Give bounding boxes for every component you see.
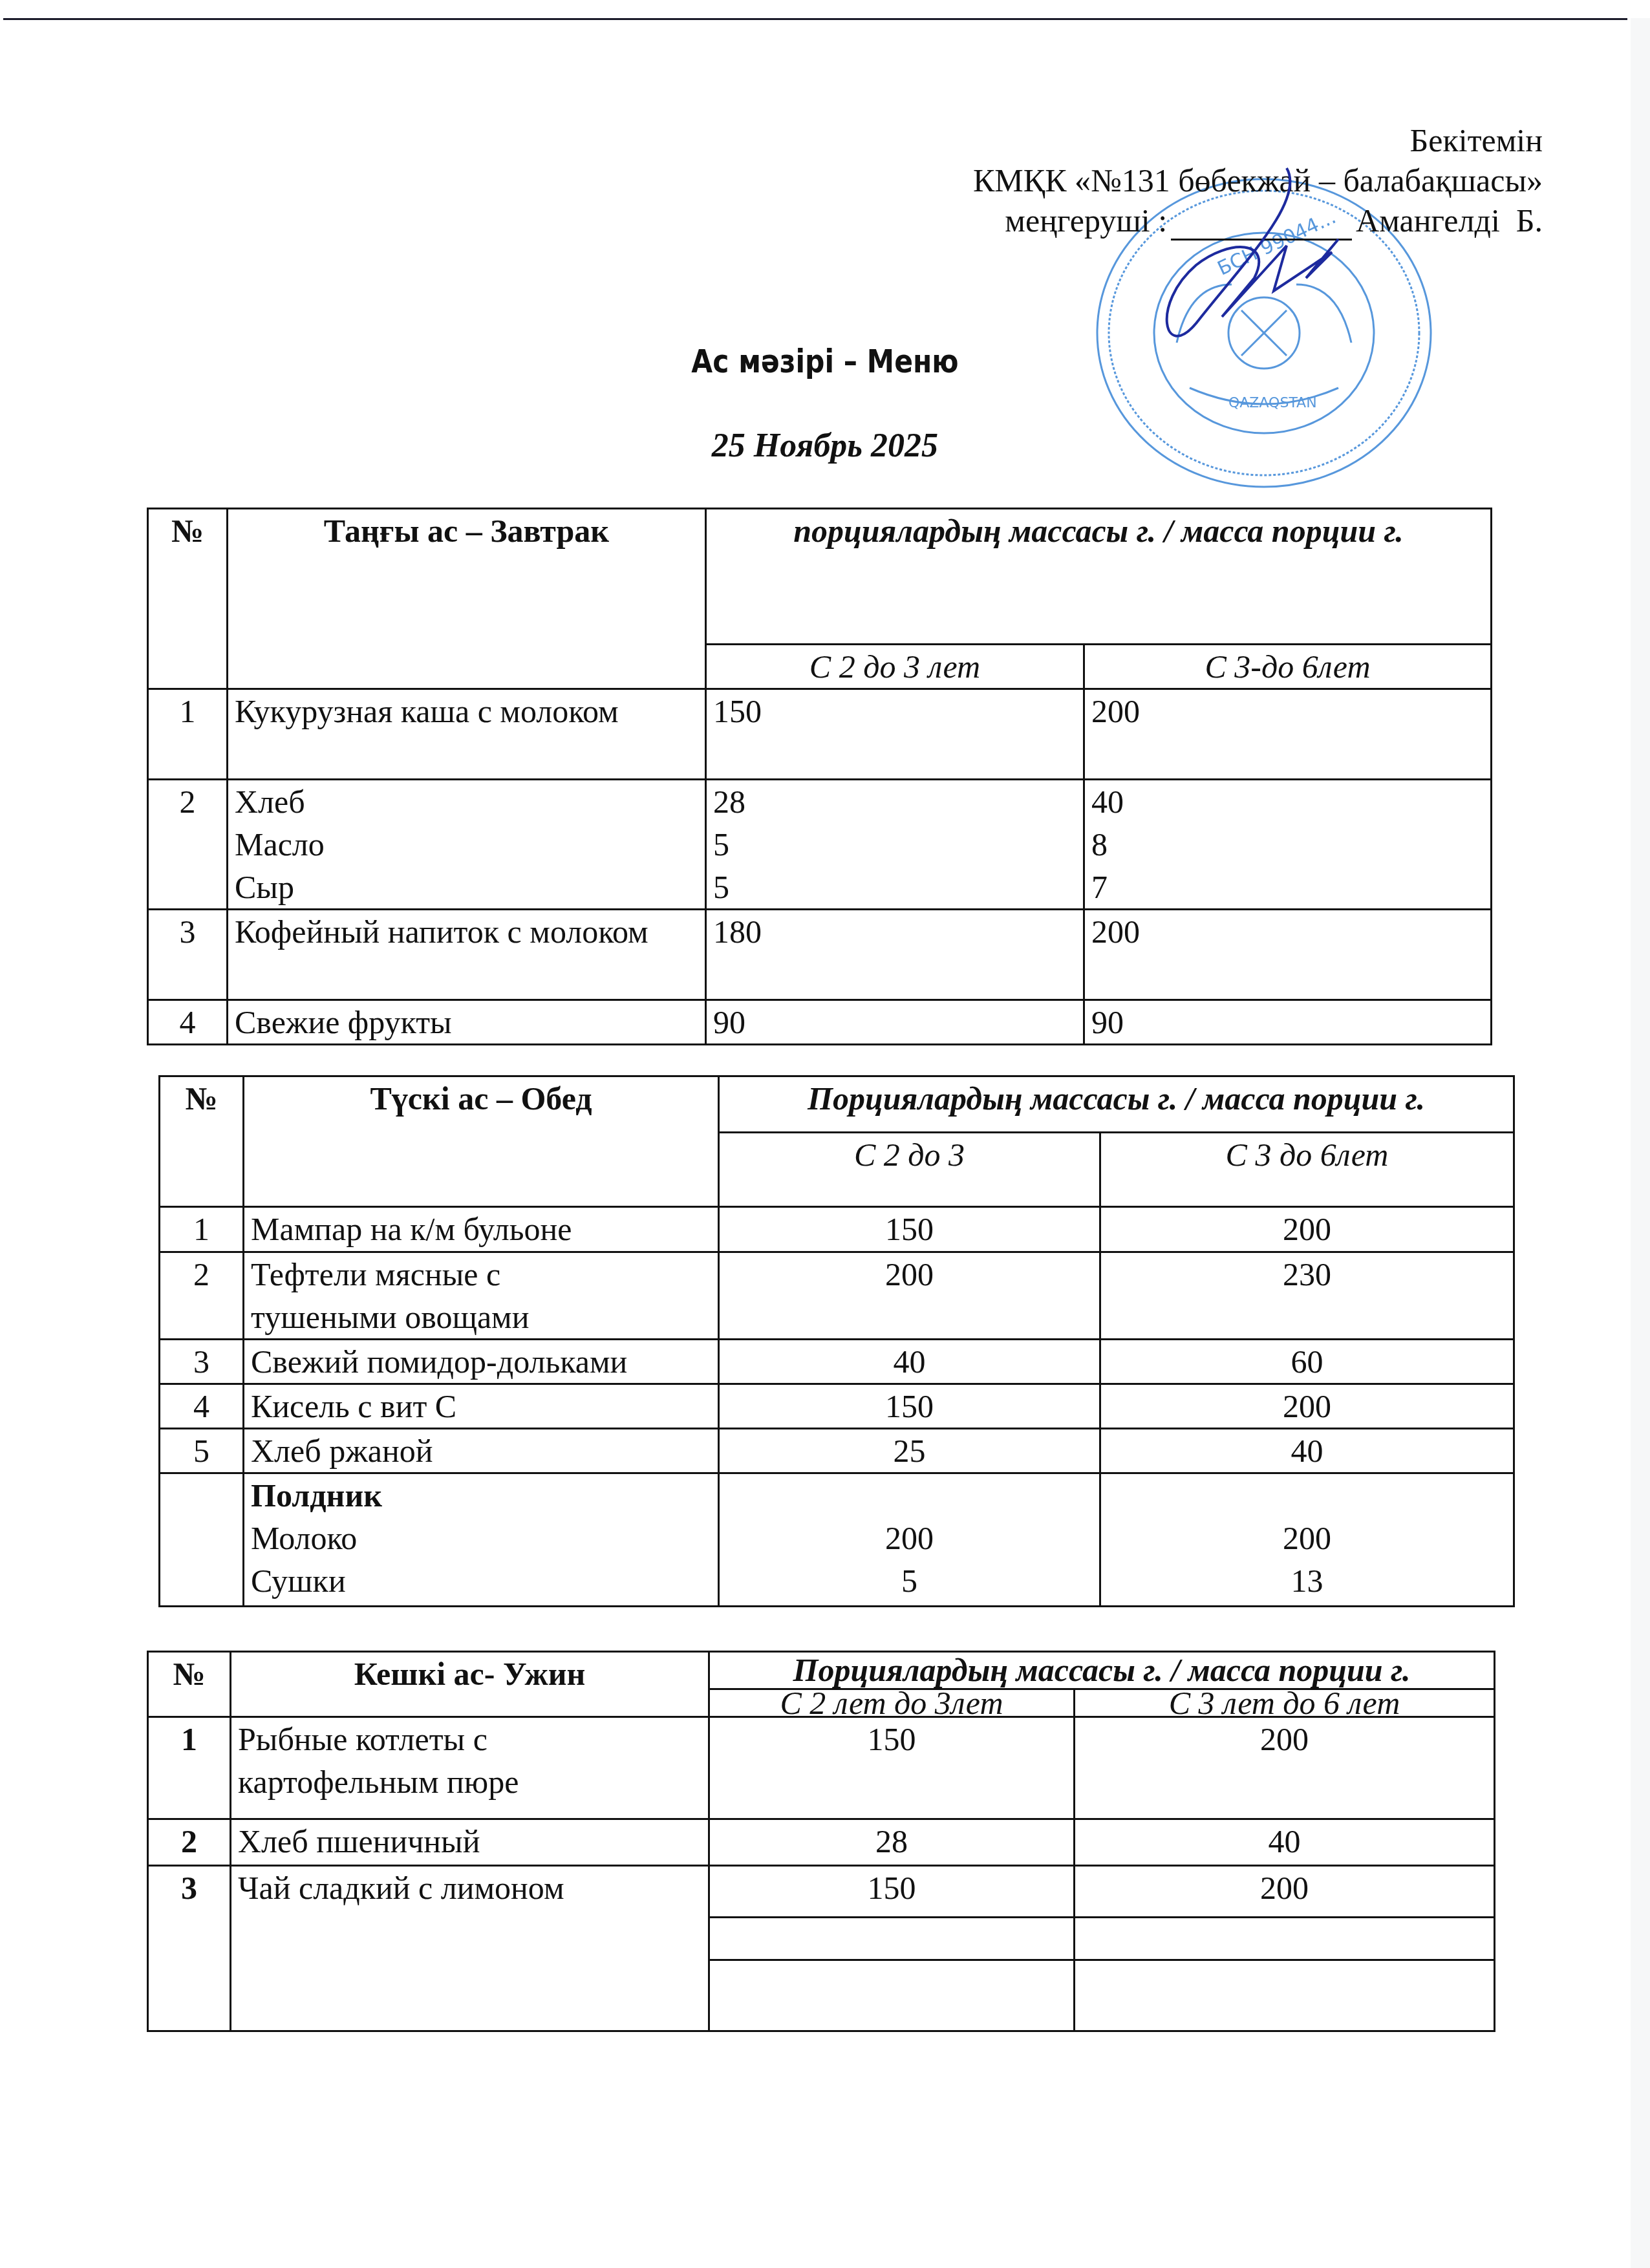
portion-value: 40	[1091, 780, 1484, 823]
row-number: 5	[160, 1429, 244, 1473]
table-header-row: № Таңғы ас – Завтрак порциялардың массас…	[148, 509, 1492, 645]
dish-name: Тефтели мясные с тушеными овощами	[244, 1252, 719, 1340]
row-number: 1	[160, 1207, 244, 1252]
dish-name: Чай сладкий с лимоном	[231, 1866, 709, 2031]
row-number: 2	[148, 1819, 231, 1866]
dish-item: тушеными овощами	[251, 1296, 711, 1338]
portion-2-3: 150	[706, 689, 1084, 780]
meal-header: Таңғы ас – Завтрак	[228, 509, 706, 689]
dish-item: Сушки	[251, 1559, 711, 1602]
snack-items: Полдник Молоко Сушки	[244, 1473, 719, 1607]
table-row: 4 Кисель с вит С 150 200	[160, 1384, 1514, 1429]
dish-item: Рыбные котлеты с	[238, 1718, 702, 1760]
portion-header: Порциялардың массасы г. / масса порции г…	[719, 1076, 1514, 1133]
empty-cell	[709, 1960, 1075, 2031]
age-col-3-6: С 3 до 6лет	[1100, 1133, 1514, 1207]
dish-item: Сыр	[235, 866, 698, 908]
table-row: 4 Свежие фрукты 90 90	[148, 1000, 1492, 1045]
portion-2-3: 150	[719, 1207, 1100, 1252]
portion-2-3: 90	[706, 1000, 1084, 1045]
snack-title: Полдник	[251, 1474, 711, 1517]
dish-name: Рыбные котлеты с картофельным пюре	[231, 1717, 709, 1819]
portion-3-6: 200	[1100, 1207, 1514, 1252]
portion-value: 200	[1108, 1517, 1506, 1559]
empty-cell	[709, 1918, 1075, 1960]
table-header-row: № Түскі ас – Обед Порциялардың массасы г…	[160, 1076, 1514, 1133]
lunch-table: № Түскі ас – Обед Порциялардың массасы г…	[158, 1075, 1515, 1607]
row-number: 4	[148, 1000, 228, 1045]
row-number: 4	[160, 1384, 244, 1429]
table-row: 2 Хлеб Масло Сыр 28 5 5 40 8 7	[148, 780, 1492, 910]
age-col-2-3: С 2 до 3	[719, 1133, 1100, 1207]
portion-2-3: 180	[706, 910, 1084, 1000]
portion-3-6: 40	[1100, 1429, 1514, 1473]
portion-3-6: 200	[1084, 689, 1492, 780]
portion-2-3: 150	[719, 1384, 1100, 1429]
approval-title: Бекітемін	[973, 120, 1543, 160]
portion-value: 5	[713, 823, 1077, 866]
portion-3-6: 200	[1100, 1384, 1514, 1429]
portion-value: 7	[1091, 866, 1484, 908]
portion-value: 5	[713, 866, 1077, 908]
portion-2-3: 200	[719, 1252, 1100, 1340]
dish-name: Хлеб пшеничный	[231, 1819, 709, 1866]
table-row: 3 Свежий помидор-дольками 40 60	[160, 1340, 1514, 1384]
portion-3-6: 40 8 7	[1084, 780, 1492, 910]
portion-3-6: 40	[1075, 1819, 1495, 1866]
row-number: 3	[148, 910, 228, 1000]
dish-item: Хлеб	[235, 780, 698, 823]
row-number-empty	[160, 1473, 244, 1607]
age-col-2-3: С 2 лет до 3лет	[709, 1689, 1075, 1717]
dish-name: Свежий помидор-дольками	[244, 1340, 719, 1384]
table-row: 1 Рыбные котлеты с картофельным пюре 150…	[148, 1717, 1495, 1819]
table-header-row: № Кешкі ас- Ужин Порциялардың массасы г.…	[148, 1652, 1495, 1689]
row-number: 2	[148, 780, 228, 910]
page-top-edge	[3, 18, 1627, 20]
page-right-edge	[1631, 18, 1650, 2268]
dish-item: Масло	[235, 823, 698, 866]
dish-name: Кукурузная каша с молоком	[228, 689, 706, 780]
row-number: 3	[160, 1340, 244, 1384]
signature-scribble	[1125, 162, 1384, 356]
number-header: №	[160, 1076, 244, 1207]
dinner-table: № Кешкі ас- Ужин Порциялардың массасы г.…	[147, 1651, 1495, 2032]
empty-cell	[1075, 1918, 1495, 1960]
breakfast-table: № Таңғы ас – Завтрак порциялардың массас…	[147, 508, 1492, 1045]
age-col-3-6: С 3-до 6лет	[1084, 645, 1492, 689]
portion-value: 5	[726, 1559, 1093, 1602]
portion-2-3: 28 5 5	[706, 780, 1084, 910]
table-row: 3 Кофейный напиток с молоком 180 200	[148, 910, 1492, 1000]
age-col-2-3: С 2 до 3 лет	[706, 645, 1084, 689]
table-row: 1 Мампар на к/м бульоне 150 200	[160, 1207, 1514, 1252]
svg-text:QAZAQSTAN: QAZAQSTAN	[1228, 395, 1317, 411]
portion-2-3: 150	[709, 1866, 1075, 1918]
portion-3-6: 230	[1100, 1252, 1514, 1340]
table-row: 2 Хлеб пшеничный 28 40	[148, 1819, 1495, 1866]
signatory-name: Амангелді Б.	[1356, 202, 1543, 239]
portion-value: 200	[726, 1517, 1093, 1559]
table-row: 1 Кукурузная каша с молоком 150 200	[148, 689, 1492, 780]
portion-3-6: 60	[1100, 1340, 1514, 1384]
dish-item: Тефтели мясные с	[251, 1253, 711, 1296]
portion-2-3: 25	[719, 1429, 1100, 1473]
dish-name: Свежие фрукты	[228, 1000, 706, 1045]
dish-item: картофельным пюре	[238, 1760, 702, 1803]
portion-2-3: 150	[709, 1717, 1075, 1819]
dish-name: Мампар на к/м бульоне	[244, 1207, 719, 1252]
portion-2-3: 28	[709, 1819, 1075, 1866]
empty-cell	[1075, 1960, 1495, 2031]
dish-item: Молоко	[251, 1517, 711, 1559]
portion-header: Порциялардың массасы г. / масса порции г…	[709, 1652, 1495, 1689]
age-col-3-6: С 3 лет до 6 лет	[1075, 1689, 1495, 1717]
dish-name: Хлеб ржаной	[244, 1429, 719, 1473]
snack-row: Полдник Молоко Сушки 200 5 200 13	[160, 1473, 1514, 1607]
portion-header: порциялардың массасы г. / масса порции г…	[706, 509, 1492, 645]
row-number: 2	[160, 1252, 244, 1340]
table-row: 2 Тефтели мясные с тушеными овощами 200 …	[160, 1252, 1514, 1340]
portion-3-6: 200	[1084, 910, 1492, 1000]
row-number: 1	[148, 1717, 231, 1819]
portion-value: 13	[1108, 1559, 1506, 1602]
portion-value: 8	[1091, 823, 1484, 866]
row-number: 3	[148, 1866, 231, 2031]
meal-header: Түскі ас – Обед	[244, 1076, 719, 1207]
dish-name: Хлеб Масло Сыр	[228, 780, 706, 910]
portion-3-6: 200	[1075, 1866, 1495, 1918]
number-header: №	[148, 509, 228, 689]
portion-2-3: 200 5	[719, 1473, 1100, 1607]
portion-3-6: 200 13	[1100, 1473, 1514, 1607]
table-row: 5 Хлеб ржаной 25 40	[160, 1429, 1514, 1473]
meal-header: Кешкі ас- Ужин	[231, 1652, 709, 1717]
dish-name: Кофейный напиток с молоком	[228, 910, 706, 1000]
portion-3-6: 90	[1084, 1000, 1492, 1045]
portion-2-3: 40	[719, 1340, 1100, 1384]
portion-3-6: 200	[1075, 1717, 1495, 1819]
number-header: №	[148, 1652, 231, 1717]
table-row: 3 Чай сладкий с лимоном 150 200	[148, 1866, 1495, 1918]
portion-value: 28	[713, 780, 1077, 823]
dish-name: Кисель с вит С	[244, 1384, 719, 1429]
row-number: 1	[148, 689, 228, 780]
